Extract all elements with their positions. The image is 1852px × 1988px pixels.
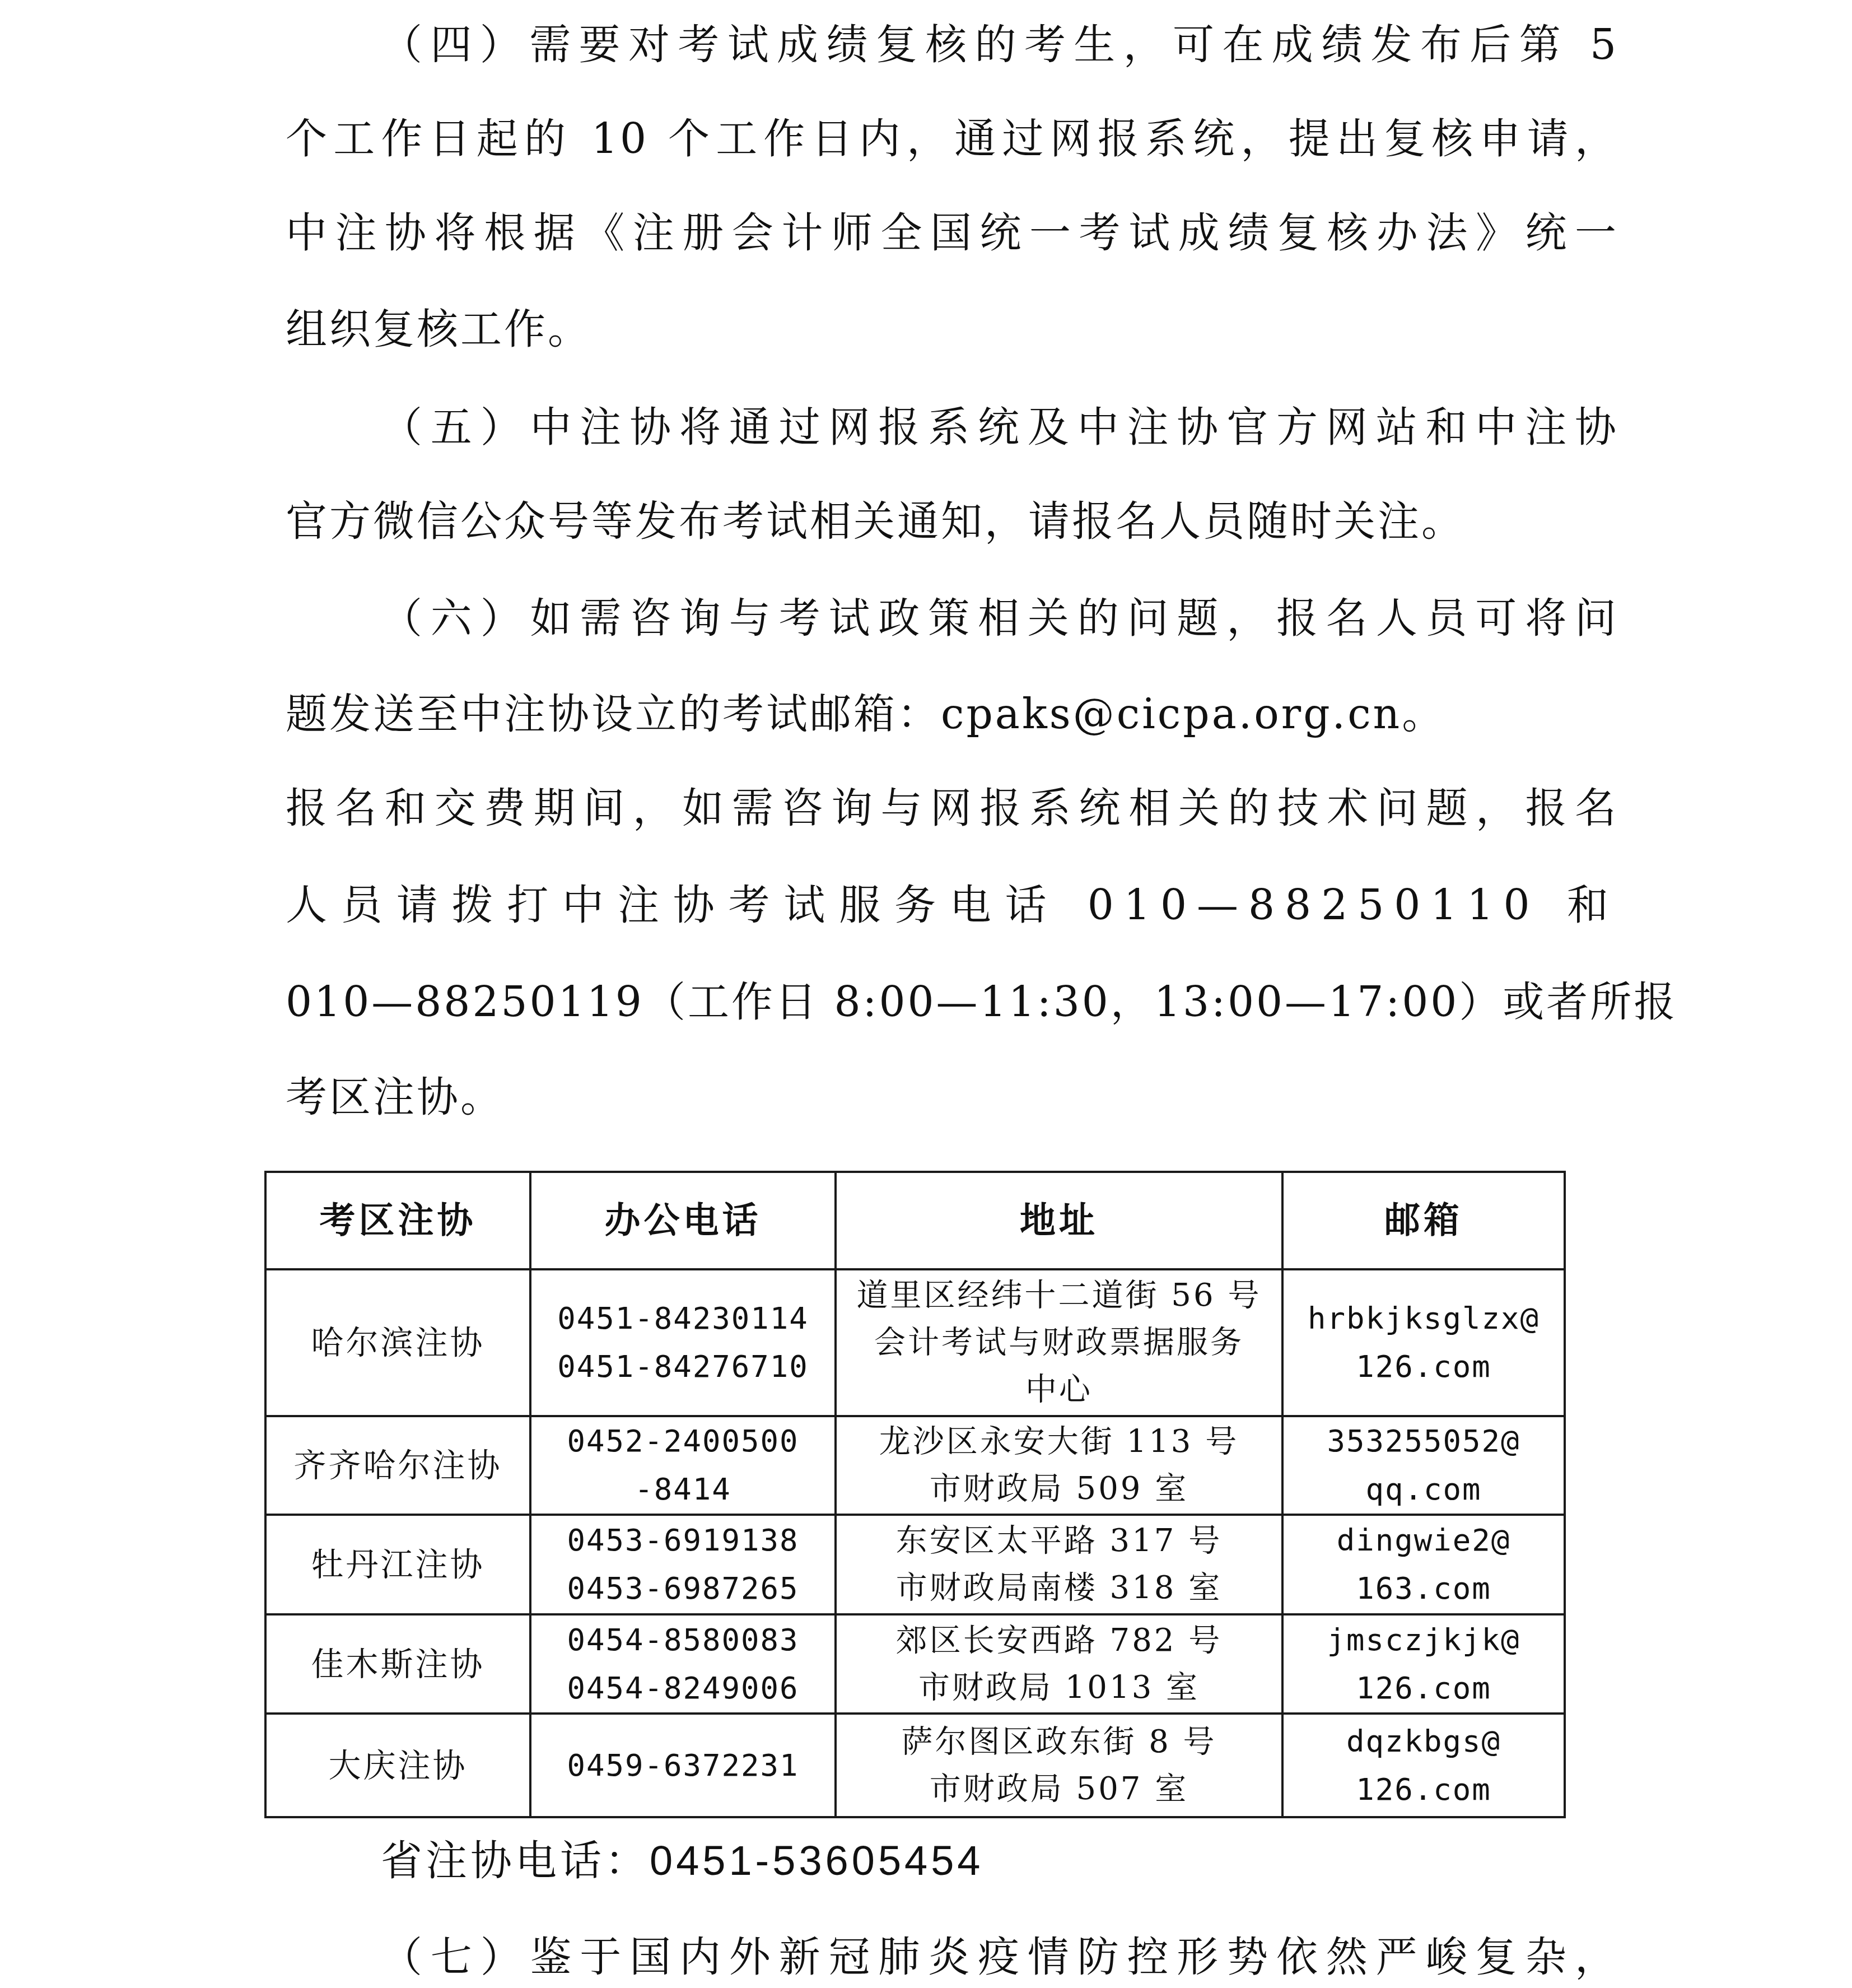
phone-line: 0459-6372231 — [539, 1742, 827, 1790]
phone-line: -8414 — [539, 1465, 827, 1514]
paragraph-6-line-4: 人员请拨打中注协考试服务电话 010—88250110 和 — [286, 872, 1618, 939]
phone-line: 0454-8249006 — [539, 1664, 827, 1712]
cell-email: 353255052@ qq.com — [1282, 1416, 1565, 1515]
email-line: qq.com — [1291, 1465, 1556, 1514]
address-line: 市财政局 509 室 — [845, 1465, 1273, 1512]
cell-phone: 0452-2400500 -8414 — [530, 1416, 836, 1515]
cell-name: 齐齐哈尔注协 — [265, 1416, 530, 1515]
address-line: 会计考试与财政票据服务 — [845, 1319, 1273, 1366]
email-line: 353255052@ — [1291, 1417, 1556, 1465]
header-email: 邮箱 — [1282, 1172, 1565, 1269]
phone-line: 0452-2400500 — [539, 1417, 827, 1465]
cell-phone: 0459-6372231 — [530, 1714, 836, 1817]
address-line: 市财政局 1013 室 — [845, 1664, 1273, 1711]
cell-name: 大庆注协 — [265, 1714, 530, 1817]
address-line: 郊区长安西路 782 号 — [845, 1617, 1273, 1664]
contact-table: 考区注协 办公电话 地址 邮箱 哈尔滨注协 0451-84230114 0451… — [264, 1171, 1566, 1818]
address-line: 中心 — [845, 1366, 1273, 1413]
email-line: 163.com — [1291, 1565, 1556, 1613]
table-row: 哈尔滨注协 0451-84230114 0451-84276710 道里区经纬十… — [265, 1269, 1565, 1416]
address-line: 道里区经纬十二道街 56 号 — [845, 1272, 1273, 1319]
cell-address: 道里区经纬十二道街 56 号 会计考试与财政票据服务 中心 — [836, 1269, 1282, 1416]
paragraph-7-line-1: （七）鉴于国内外新冠肺炎疫情防控形势依然严峻复杂， — [381, 1924, 1618, 1988]
phone-line: 0453-6987265 — [539, 1565, 827, 1613]
paragraph-5-line-2: 官方微信公众号等发布考试相关通知，请报名人员随时关注。 — [286, 488, 1618, 555]
cell-phone: 0454-8580083 0454-8249006 — [530, 1614, 836, 1714]
email-line: 126.com — [1291, 1664, 1556, 1712]
table-row: 牡丹江注协 0453-6919138 0453-6987265 东安区太平路 3… — [265, 1515, 1565, 1614]
paragraph-6-line-6: 考区注协。 — [286, 1064, 1618, 1131]
header-address: 地址 — [836, 1172, 1282, 1269]
phone-line: 0451-84230114 — [539, 1295, 827, 1343]
cell-address: 郊区长安西路 782 号 市财政局 1013 室 — [836, 1614, 1282, 1714]
email-line: jmsczjkjk@ — [1291, 1616, 1556, 1664]
cell-address: 萨尔图区政东街 8 号 市财政局 507 室 — [836, 1714, 1282, 1817]
paragraph-4-line-2: 个工作日起的 10 个工作日内，通过网报系统，提出复核申请， — [286, 105, 1618, 173]
paragraph-4-line-3: 中注协将根据《注册会计师全国统一考试成绩复核办法》统一 — [286, 199, 1618, 267]
cell-name: 佳木斯注协 — [265, 1614, 530, 1714]
email-line: dingwie2@ — [1291, 1516, 1556, 1565]
email-line: 126.com — [1291, 1766, 1556, 1814]
paragraph-5-line-1: （五）中注协将通过网报系统及中注协官方网站和中注协 — [381, 394, 1618, 461]
email-line: 126.com — [1291, 1343, 1556, 1391]
table-row: 佳木斯注协 0454-8580083 0454-8249006 郊区长安西路 7… — [265, 1614, 1565, 1714]
address-line: 东安区太平路 317 号 — [845, 1517, 1273, 1565]
cell-phone: 0453-6919138 0453-6987265 — [530, 1515, 836, 1614]
paragraph-6-line-2: 题发送至中注协设立的考试邮箱：cpaks@cicpa.org.cn。 — [286, 681, 1618, 748]
paragraph-6-line-1: （六）如需咨询与考试政策相关的问题，报名人员可将问 — [381, 585, 1618, 652]
cell-email: dingwie2@ 163.com — [1282, 1515, 1565, 1614]
phone-line: 0451-84276710 — [539, 1343, 827, 1391]
table-row: 大庆注协 0459-6372231 萨尔图区政东街 8 号 市财政局 507 室… — [265, 1714, 1565, 1817]
cell-email: dqzkbgs@ 126.com — [1282, 1714, 1565, 1817]
provincial-phone: 省注协电话：0451-53605454 — [381, 1827, 984, 1894]
cell-address: 龙沙区永安大街 113 号 市财政局 509 室 — [836, 1416, 1282, 1515]
table-header-row: 考区注协 办公电话 地址 邮箱 — [265, 1172, 1565, 1269]
phone-line: 0453-6919138 — [539, 1516, 827, 1565]
header-region-association: 考区注协 — [265, 1172, 530, 1269]
paragraph-6-line-3: 报名和交费期间，如需咨询与网报系统相关的技术问题，报名 — [286, 775, 1618, 842]
provincial-phone-label: 省注协电话： — [381, 1837, 650, 1885]
cell-name: 牡丹江注协 — [265, 1515, 530, 1614]
header-office-phone: 办公电话 — [530, 1172, 836, 1269]
address-line: 龙沙区永安大街 113 号 — [845, 1418, 1273, 1465]
address-line: 市财政局 507 室 — [845, 1766, 1273, 1813]
paragraph-4-line-4: 组织复核工作。 — [286, 296, 1618, 363]
phone-line: 0454-8580083 — [539, 1616, 827, 1664]
cell-email: jmsczjkjk@ 126.com — [1282, 1614, 1565, 1714]
email-line: hrbkjksglzx@ — [1291, 1295, 1556, 1343]
cell-phone: 0451-84230114 0451-84276710 — [530, 1269, 836, 1416]
email-line: dqzkbgs@ — [1291, 1717, 1556, 1766]
table-row: 齐齐哈尔注协 0452-2400500 -8414 龙沙区永安大街 113 号 … — [265, 1416, 1565, 1515]
address-line: 萨尔图区政东街 8 号 — [845, 1719, 1273, 1766]
cell-address: 东安区太平路 317 号 市财政局南楼 318 室 — [836, 1515, 1282, 1614]
cell-email: hrbkjksglzx@ 126.com — [1282, 1269, 1565, 1416]
paragraph-6-line-5: 010—88250119（工作日 8:00—11:30，13:00—17:00）… — [286, 969, 1618, 1036]
cell-name: 哈尔滨注协 — [265, 1269, 530, 1416]
address-line: 市财政局南楼 318 室 — [845, 1565, 1273, 1612]
paragraph-4-line-1: （四）需要对考试成绩复核的考生，可在成绩发布后第 5 — [381, 11, 1618, 78]
provincial-phone-number: 0451-53605454 — [650, 1837, 984, 1884]
